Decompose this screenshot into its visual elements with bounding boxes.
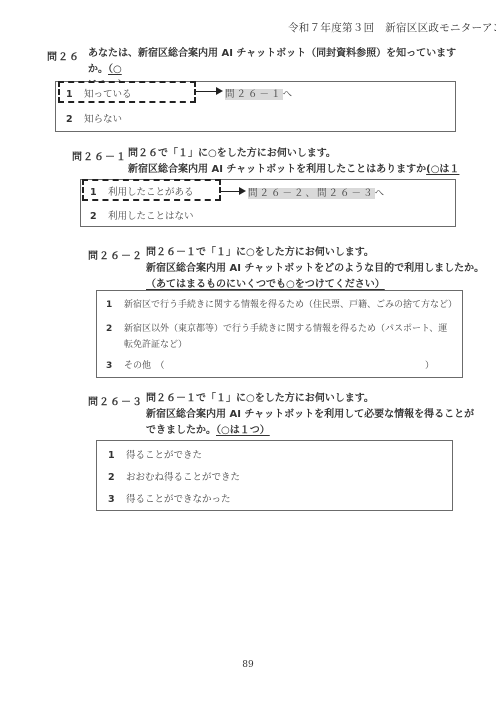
question-26-2-text: 問２６－１で「１」に○をした方にお伺いします。 新宿区総合案内用 AI チャット… bbox=[146, 245, 466, 293]
question-26-1-option-1[interactable]: 1利用したことがある bbox=[90, 184, 194, 198]
question-26-3-option-3[interactable]: 3得ることができなかった bbox=[108, 491, 231, 505]
question-26-2-option-3[interactable]: 3その他 （ bbox=[106, 358, 165, 371]
page-number: 89 bbox=[0, 660, 496, 670]
question-26-3-option-1[interactable]: 1得ることができた bbox=[108, 447, 202, 461]
survey-header-title: 令和７年度第３回 新宿区区政モニターアンケート bbox=[288, 20, 496, 35]
question-26-1-body: 新宿区総合案内用 AI チャットボットを利用したことはありますか bbox=[128, 164, 426, 175]
question-26-1-label: 問２６－１ bbox=[72, 148, 127, 163]
question-26-3-condition: 問２６－１で「１」に○をした方にお伺いします。 bbox=[146, 393, 374, 404]
question-26-1-option-2[interactable]: 2利用したことはない bbox=[90, 208, 194, 222]
question-26-2-instruction: （あてはまるものにいくつでも○をつけてください） bbox=[146, 279, 385, 290]
arrow-right-icon bbox=[239, 187, 246, 195]
question-26-option-1[interactable]: 1知っている bbox=[66, 86, 132, 100]
question-26-3-option-2[interactable]: 2おおむね得ることができた bbox=[108, 469, 240, 483]
question-26-3-label: 問２６－３ bbox=[88, 393, 143, 408]
question-26-label: 問２６ bbox=[47, 48, 80, 63]
question-26-2-condition: 問２６－１で「１」に○をした方にお伺いします。 bbox=[146, 247, 374, 258]
question-26-goto: 問２６－１へ bbox=[225, 86, 292, 100]
question-26-2-label: 問２６－２ bbox=[88, 247, 143, 262]
question-26-option-2[interactable]: 2知らない bbox=[66, 111, 122, 125]
arrow-line bbox=[196, 91, 218, 92]
question-26-2-option-3-close-paren: ） bbox=[425, 358, 434, 371]
question-26-1-condition: 問２６で「１」に○をした方にお伺いします。 bbox=[128, 148, 336, 159]
question-26-2-option-2[interactable]: 2新宿区以外（東京都等）で行う手続きに関する情報を得るため（パスポート、運 転免… bbox=[106, 321, 447, 353]
question-26-instruction-a: （○ bbox=[108, 64, 122, 75]
question-26-3-instruction: （○は１つ） bbox=[216, 425, 270, 436]
question-26-3-body-2: できましたか。 bbox=[146, 425, 216, 436]
question-26-body: あなたは、新宿区総合案内用 AI チャットボット（同封資料参照）を知っていますか… bbox=[88, 48, 456, 75]
question-26-3-body: 新宿区総合案内用 AI チャットボットを利用して必要な情報を得ることが bbox=[146, 409, 474, 420]
question-26-1-goto: 問２６－２、問２６－３へ bbox=[248, 185, 384, 199]
arrow-line bbox=[221, 191, 241, 192]
arrow-right-icon bbox=[216, 87, 223, 95]
question-26-2-body: 新宿区総合案内用 AI チャットボットをどのような目的で利用しましたか。 bbox=[146, 263, 484, 274]
question-26-2-option-1[interactable]: 1新宿区で行う手続きに関する情報を得るため（住民票、戸籍、ごみの捨て方など） bbox=[106, 297, 457, 310]
question-26-3-text: 問２６－１で「１」に○をした方にお伺いします。 新宿区総合案内用 AI チャット… bbox=[146, 391, 466, 439]
